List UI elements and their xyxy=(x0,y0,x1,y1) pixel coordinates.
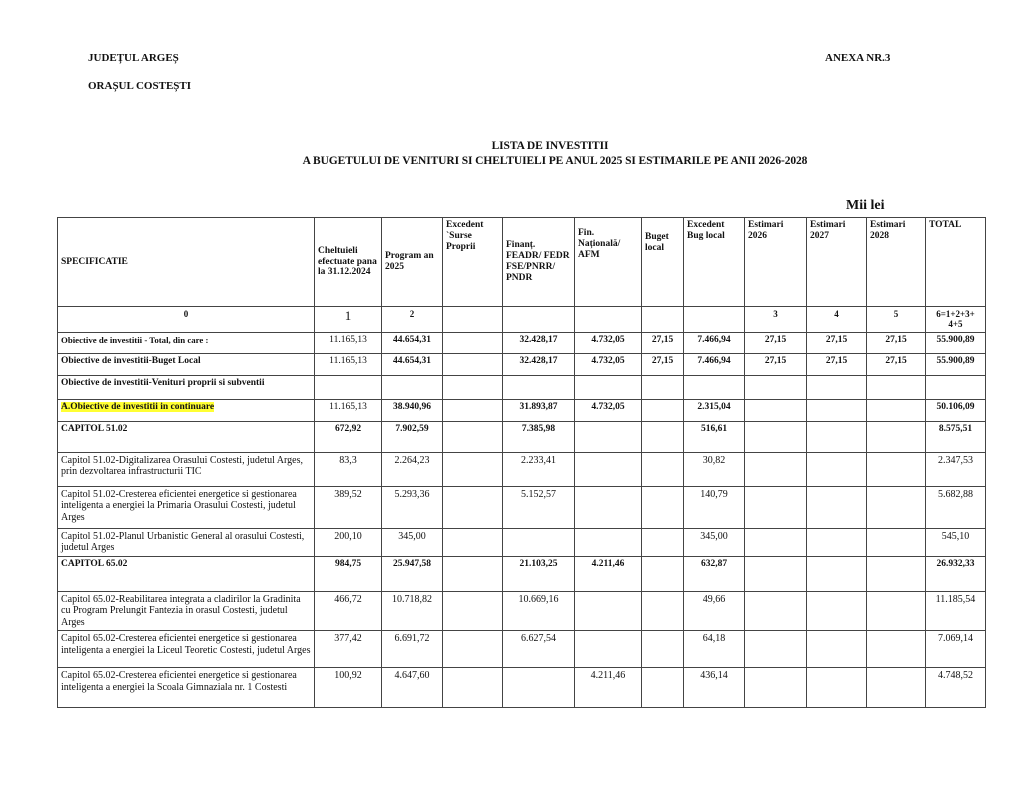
value-cell xyxy=(807,399,867,421)
annex-label: ANEXA NR.3 xyxy=(825,52,890,64)
index-cell: 5 xyxy=(867,307,926,333)
value-cell: 64,18 xyxy=(684,631,745,668)
value-cell: 377,42 xyxy=(315,631,382,668)
value-cell: 32.428,17 xyxy=(503,353,575,375)
value-cell xyxy=(642,375,684,399)
value-cell xyxy=(807,452,867,486)
value-cell xyxy=(807,486,867,528)
index-cell xyxy=(443,307,503,333)
value-cell: 50.106,09 xyxy=(926,399,986,421)
col-header-buget-local: Buget local xyxy=(642,218,684,307)
value-cell: 32.428,17 xyxy=(503,332,575,353)
value-cell: 27,15 xyxy=(642,353,684,375)
index-cell: 2 xyxy=(382,307,443,333)
value-cell: 10.669,16 xyxy=(503,591,575,631)
row-specification: Capitol 51.02-Digitalizarea Orasului Cos… xyxy=(58,452,315,486)
value-cell xyxy=(642,452,684,486)
row-specification: Capitol 51.02-Cresterea eficientei energ… xyxy=(58,486,315,528)
value-cell xyxy=(867,528,926,556)
value-cell xyxy=(867,591,926,631)
value-cell xyxy=(443,591,503,631)
row-specification: Capitol 65.02-Cresterea eficientei energ… xyxy=(58,631,315,668)
value-cell: 21.103,25 xyxy=(503,556,575,591)
value-cell xyxy=(867,375,926,399)
investment-table: SPECIFICATIE Cheltuieli efectuate pana l… xyxy=(57,217,986,708)
index-cell xyxy=(642,307,684,333)
value-cell xyxy=(503,375,575,399)
value-cell: 11.185,54 xyxy=(926,591,986,631)
value-cell xyxy=(443,332,503,353)
value-cell xyxy=(745,486,807,528)
document-subtitle: A BUGETULUI DE VENITURI SI CHELTUIELI PE… xyxy=(0,155,1024,167)
value-cell xyxy=(443,528,503,556)
value-cell xyxy=(807,421,867,452)
value-cell xyxy=(575,528,642,556)
value-cell xyxy=(575,631,642,668)
table-row: Obiective de investitii-Venituri proprii… xyxy=(58,375,986,399)
value-cell: 7.902,59 xyxy=(382,421,443,452)
value-cell xyxy=(867,486,926,528)
value-cell: 11.165,13 xyxy=(315,399,382,421)
value-cell: 55.900,89 xyxy=(926,332,986,353)
value-cell: 466,72 xyxy=(315,591,382,631)
index-cell: 3 xyxy=(745,307,807,333)
value-cell: 345,00 xyxy=(684,528,745,556)
value-cell: 49,66 xyxy=(684,591,745,631)
table-row: Capitol 51.02-Planul Urbanistic General … xyxy=(58,528,986,556)
value-cell: 8.575,51 xyxy=(926,421,986,452)
table-row: CAPITOL 51.02672,927.902,597.385,98516,6… xyxy=(58,421,986,452)
value-cell xyxy=(642,631,684,668)
value-cell: 7.385,98 xyxy=(503,421,575,452)
value-cell: 389,52 xyxy=(315,486,382,528)
index-cell xyxy=(503,307,575,333)
value-cell xyxy=(867,421,926,452)
value-cell xyxy=(443,375,503,399)
value-cell: 4.732,05 xyxy=(575,399,642,421)
col-header-estimari-2026: Estimari 2026 xyxy=(745,218,807,307)
row-specification: CAPITOL 51.02 xyxy=(58,421,315,452)
value-cell: 200,10 xyxy=(315,528,382,556)
index-cell: 6=1+2+3+ 4+5 xyxy=(926,307,986,333)
value-cell: 44.654,31 xyxy=(382,332,443,353)
value-cell: 6.627,54 xyxy=(503,631,575,668)
value-cell xyxy=(867,399,926,421)
value-cell xyxy=(503,668,575,708)
value-cell: 672,92 xyxy=(315,421,382,452)
col-header-total: TOTAL xyxy=(926,218,986,307)
index-cell: 0 xyxy=(58,307,315,333)
value-cell xyxy=(575,452,642,486)
table-row: Obiective de investitii-Buget Local11.16… xyxy=(58,353,986,375)
value-cell: 27,15 xyxy=(867,332,926,353)
value-cell: 545,10 xyxy=(926,528,986,556)
value-cell: 55.900,89 xyxy=(926,353,986,375)
row-specification: Obiective de investitii-Buget Local xyxy=(58,353,315,375)
row-specification: A.Obiective de investitii in continuare xyxy=(58,399,315,421)
value-cell xyxy=(443,486,503,528)
table-row: Capitol 51.02-Cresterea eficientei energ… xyxy=(58,486,986,528)
value-cell: 27,15 xyxy=(642,332,684,353)
value-cell xyxy=(642,399,684,421)
value-cell xyxy=(867,668,926,708)
col-header-fin-nationala: Fin. Națională/ AFM xyxy=(575,218,642,307)
value-cell xyxy=(807,591,867,631)
table-row: Capitol 51.02-Digitalizarea Orasului Cos… xyxy=(58,452,986,486)
value-cell: 516,61 xyxy=(684,421,745,452)
table-row: A.Obiective de investitii in continuare1… xyxy=(58,399,986,421)
value-cell: 632,87 xyxy=(684,556,745,591)
value-cell: 25.947,58 xyxy=(382,556,443,591)
unit-label: Mii lei xyxy=(846,198,885,214)
value-cell xyxy=(503,528,575,556)
value-cell: 2.347,53 xyxy=(926,452,986,486)
value-cell xyxy=(745,452,807,486)
value-cell xyxy=(867,631,926,668)
value-cell: 4.732,05 xyxy=(575,332,642,353)
value-cell xyxy=(684,375,745,399)
col-header-finantare: Finanț. FEADR/ FEDR FSE/PNRR/ PNDR xyxy=(503,218,575,307)
value-cell: 11.165,13 xyxy=(315,353,382,375)
value-cell xyxy=(642,486,684,528)
table-row: Capitol 65.02-Cresterea eficientei energ… xyxy=(58,631,986,668)
value-cell xyxy=(745,668,807,708)
table-row: Obiective de investitii - Total, din car… xyxy=(58,332,986,353)
value-cell xyxy=(575,375,642,399)
value-cell: 345,00 xyxy=(382,528,443,556)
row-specification: CAPITOL 65.02 xyxy=(58,556,315,591)
index-cell: 1 xyxy=(315,307,382,333)
col-header-cheltuieli: Cheltuieli efectuate pana la 31.12.2024 xyxy=(315,218,382,307)
value-cell: 11.165,13 xyxy=(315,332,382,353)
value-cell: 27,15 xyxy=(745,332,807,353)
col-header-specificatie: SPECIFICATIE xyxy=(58,218,315,307)
value-cell: 4.647,60 xyxy=(382,668,443,708)
town-name: ORAȘUL COSTEȘTI xyxy=(88,80,191,92)
value-cell xyxy=(807,631,867,668)
value-cell: 984,75 xyxy=(315,556,382,591)
value-cell: 10.718,82 xyxy=(382,591,443,631)
value-cell: 5.682,88 xyxy=(926,486,986,528)
value-cell: 7.466,94 xyxy=(684,353,745,375)
row-specification: Capitol 65.02-Cresterea eficientei energ… xyxy=(58,668,315,708)
highlighted-text: A.Obiective de investitii in continuare xyxy=(61,402,214,412)
index-cell: 4 xyxy=(807,307,867,333)
value-cell xyxy=(926,375,986,399)
value-cell xyxy=(443,668,503,708)
value-cell xyxy=(807,528,867,556)
value-cell xyxy=(745,399,807,421)
value-cell xyxy=(745,528,807,556)
value-cell: 140,79 xyxy=(684,486,745,528)
value-cell xyxy=(807,375,867,399)
value-cell: 6.691,72 xyxy=(382,631,443,668)
value-cell: 7.466,94 xyxy=(684,332,745,353)
value-cell xyxy=(382,375,443,399)
header-row: SPECIFICATIE Cheltuieli efectuate pana l… xyxy=(58,218,986,307)
value-cell xyxy=(642,528,684,556)
value-cell: 83,3 xyxy=(315,452,382,486)
col-header-excedent-surse: Excedent `Surse Proprii xyxy=(443,218,503,307)
value-cell xyxy=(867,556,926,591)
table-row: Capitol 65.02-Reabilitarea integrata a c… xyxy=(58,591,986,631)
value-cell xyxy=(745,556,807,591)
value-cell xyxy=(443,353,503,375)
value-cell xyxy=(867,452,926,486)
row-specification: Obiective de investitii-Venituri proprii… xyxy=(58,375,315,399)
value-cell: 2.233,41 xyxy=(503,452,575,486)
value-cell xyxy=(745,375,807,399)
document-title: LISTA DE INVESTITII xyxy=(0,140,1024,152)
value-cell xyxy=(315,375,382,399)
value-cell: 4.211,46 xyxy=(575,668,642,708)
value-cell: 26.932,33 xyxy=(926,556,986,591)
value-cell xyxy=(575,421,642,452)
value-cell xyxy=(443,421,503,452)
value-cell: 27,15 xyxy=(807,332,867,353)
row-specification: Capitol 65.02-Reabilitarea integrata a c… xyxy=(58,591,315,631)
value-cell: 100,92 xyxy=(315,668,382,708)
value-cell: 5.152,57 xyxy=(503,486,575,528)
value-cell: 30,82 xyxy=(684,452,745,486)
value-cell: 2.315,04 xyxy=(684,399,745,421)
table-row: CAPITOL 65.02984,7525.947,5821.103,254.2… xyxy=(58,556,986,591)
value-cell: 27,15 xyxy=(867,353,926,375)
column-index-row: 0 1 2 3 4 5 6=1+2+3+ 4+5 xyxy=(58,307,986,333)
row-specification: Obiective de investitii - Total, din car… xyxy=(58,332,315,353)
value-cell: 2.264,23 xyxy=(382,452,443,486)
value-cell: 44.654,31 xyxy=(382,353,443,375)
value-cell xyxy=(443,452,503,486)
value-cell xyxy=(443,399,503,421)
value-cell: 4.748,52 xyxy=(926,668,986,708)
value-cell xyxy=(575,486,642,528)
value-cell: 4.211,46 xyxy=(575,556,642,591)
col-header-estimari-2027: Estimari 2027 xyxy=(807,218,867,307)
value-cell xyxy=(443,556,503,591)
value-cell xyxy=(642,668,684,708)
value-cell xyxy=(745,421,807,452)
value-cell xyxy=(642,556,684,591)
col-header-estimari-2028: Estimari 2028 xyxy=(867,218,926,307)
value-cell: 27,15 xyxy=(807,353,867,375)
value-cell xyxy=(745,631,807,668)
value-cell xyxy=(807,668,867,708)
county-name: JUDEȚUL ARGEȘ xyxy=(88,52,179,64)
value-cell: 436,14 xyxy=(684,668,745,708)
row-specification: Capitol 51.02-Planul Urbanistic General … xyxy=(58,528,315,556)
col-header-excedent-bug: Excedent Bug local xyxy=(684,218,745,307)
index-cell xyxy=(575,307,642,333)
index-cell xyxy=(684,307,745,333)
value-cell: 7.069,14 xyxy=(926,631,986,668)
value-cell xyxy=(443,631,503,668)
value-cell xyxy=(745,591,807,631)
value-cell: 38.940,96 xyxy=(382,399,443,421)
value-cell: 31.893,87 xyxy=(503,399,575,421)
table-row: Capitol 65.02-Cresterea eficientei energ… xyxy=(58,668,986,708)
value-cell: 27,15 xyxy=(745,353,807,375)
value-cell xyxy=(642,421,684,452)
value-cell: 5.293,36 xyxy=(382,486,443,528)
col-header-program: Program an 2025 xyxy=(382,218,443,307)
value-cell xyxy=(807,556,867,591)
value-cell xyxy=(642,591,684,631)
value-cell: 4.732,05 xyxy=(575,353,642,375)
value-cell xyxy=(575,591,642,631)
